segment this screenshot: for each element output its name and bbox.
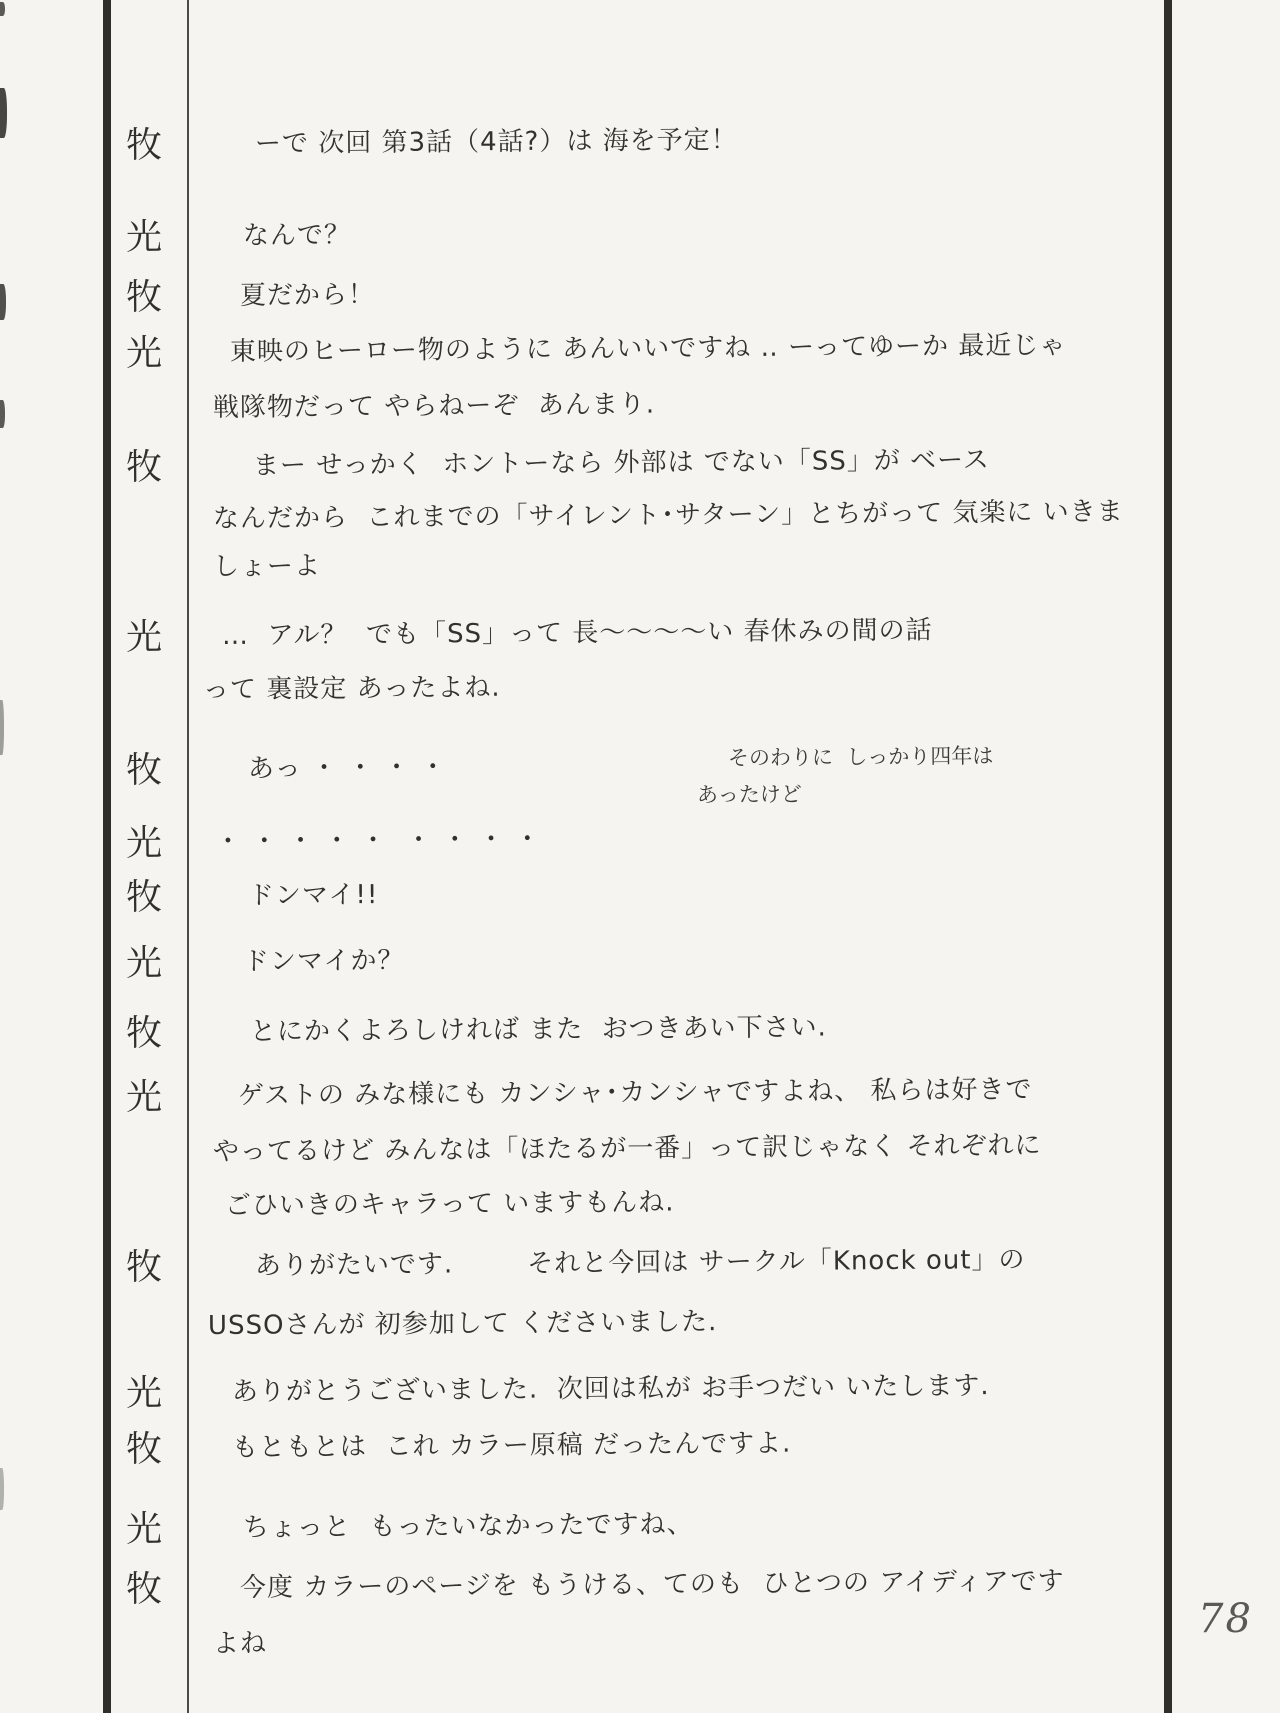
scan-edge-smudge xyxy=(0,1468,4,1510)
dialogue-line: まー せっかく ホントーなら 外部は でない「SS」が ベース xyxy=(253,444,990,482)
scan-edge-smudge xyxy=(0,88,7,138)
speaker-label: 牧 xyxy=(126,1572,190,1609)
right-border-rule xyxy=(1164,0,1172,1713)
left-border-rule xyxy=(103,0,111,1713)
speaker-label: 牧 xyxy=(126,450,190,487)
speaker-label: 光 xyxy=(126,946,190,983)
scanned-page: 牧光牧光牧光牧光牧光牧光牧光牧光牧 ーで 次回 第3話（4話?）は 海を予定！な… xyxy=(0,0,1280,1713)
speaker-label: 光 xyxy=(126,620,190,657)
dialogue-line: USSOさんが 初参加して くださいました. xyxy=(208,1306,718,1342)
scan-edge-smudge xyxy=(0,284,6,320)
speaker-label: 牧 xyxy=(126,1250,190,1287)
dialogue-line: なんで？ xyxy=(243,219,351,252)
dialogue-line: ーで 次回 第3話（4話?）は 海を予定！ xyxy=(255,124,738,160)
speaker-label: 牧 xyxy=(126,1016,190,1053)
page-number: 78 xyxy=(1198,1596,1253,1642)
speaker-label: 牧 xyxy=(126,280,190,317)
speaker-label: 光 xyxy=(126,220,190,257)
scan-edge-smudge xyxy=(0,700,4,755)
margin-note-line: あったけど xyxy=(697,781,802,808)
dialogue-line: 戦隊物だって やらねーぞ あんまり. xyxy=(213,389,655,425)
speaker-label: 光 xyxy=(126,1512,190,1549)
dialogue-line: … アル？ でも「SS」って 長〜〜〜〜い 春休みの間の話 xyxy=(222,614,933,652)
dialogue-line: ゲストの みな様にも カンシャ･カンシャですよね、 私らは好きで xyxy=(238,1074,1033,1113)
speaker-label: 光 xyxy=(126,336,190,373)
dialogue-line: ちょっと もったいなかったですね、 xyxy=(243,1508,694,1544)
scan-edge-smudge xyxy=(0,400,5,428)
dialogue-line: 夏だから！ xyxy=(240,279,375,313)
scan-edge-smudge xyxy=(0,2,5,16)
dialogue-line: って 裏設定 あったよね. xyxy=(203,672,501,707)
dialogue-line: ごひいきのキャラって いますもんね. xyxy=(225,1186,675,1222)
speaker-label: 光 xyxy=(126,1080,190,1117)
dialogue-line: よね xyxy=(213,1628,267,1661)
speaker-label: 光 xyxy=(126,1376,190,1413)
dialogue-line: 東映のヒーロー物のように あんいいですね ‥ ーってゆーか 最近じゃ xyxy=(230,329,1067,368)
dialogue-line: もともとは これ カラー原稿 だったんですよ. xyxy=(232,1428,792,1465)
dialogue-line: ・ ・ ・ ・ ・ ・ ・ ・ ・ xyxy=(215,823,542,858)
dialogue-line: とにかくよろしければ また おつきあい下さい. xyxy=(250,1011,827,1048)
speaker-label: 光 xyxy=(126,826,190,863)
speaker-label: 牧 xyxy=(126,880,190,917)
dialogue-line: ドンマイ!! xyxy=(248,879,379,913)
speaker-label: 牧 xyxy=(126,753,190,790)
dialogue-line: ありがたいです. それと今回は サークル「Knock out」の xyxy=(255,1244,1026,1283)
dialogue-line: ドンマイか？ xyxy=(243,945,405,979)
speaker-label: 牧 xyxy=(126,128,190,165)
margin-note-line: そのわりに しっかり四年は xyxy=(728,743,994,771)
dialogue-line: ありがとうございました. 次回は私が お手つだい いたします. xyxy=(232,1370,990,1408)
dialogue-line: やってるけど みんなは「ほたるが一番」って訳じゃなく それぞれに xyxy=(213,1129,1042,1168)
dialogue-line: あっ ・ ・ ・ ・ xyxy=(248,751,447,785)
dialogue-line: なんだから これまでの「サイレント･サターン」とちがって 気楽に いきま xyxy=(213,496,1124,536)
dialogue-line: しょーよ xyxy=(213,550,321,583)
speaker-label: 牧 xyxy=(126,1432,190,1469)
dialogue-line: 今度 カラーのページを もうける、てのも ひとつの アイディアです xyxy=(240,1566,1065,1605)
